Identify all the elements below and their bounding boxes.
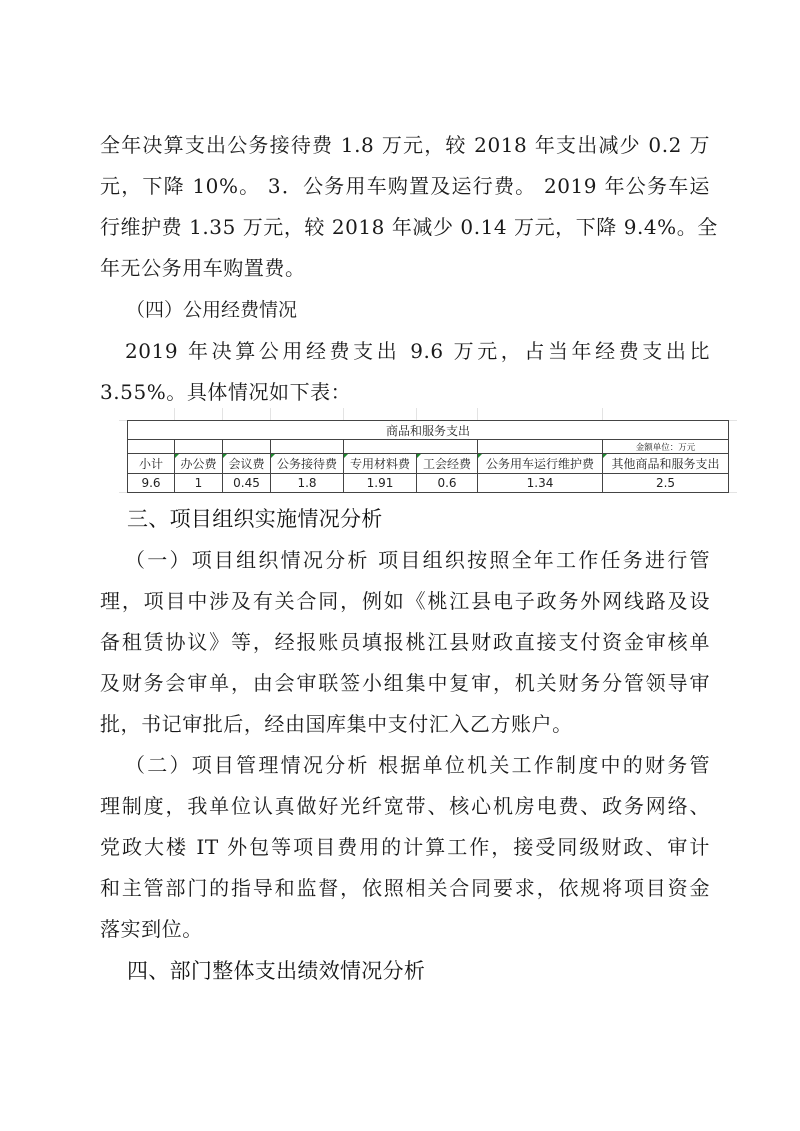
paragraph-line: 理制度，我单位认真做好光纤宽带、核心机房电费、政务网络、 [100, 794, 710, 818]
paragraph-line: 党政大楼 IT 外包等项目费用的计算工作，接受同级财政、审计 [100, 835, 710, 859]
paragraph-line: 批，书记审批后，经由国库集中支付汇入乙方账户。 [100, 712, 710, 736]
paragraph-line: 元，下降 10%。 3．公务用车购置及运行费。 2019 年公务车运 [100, 174, 710, 198]
table-cell-value: 1.8 [271, 474, 343, 492]
paragraph-line: 全年决算支出公务接待费 1.8 万元，较 2018 年支出减少 0.2 万 [100, 133, 710, 157]
paragraph-line: 行维护费 1.35 万元，较 2018 年减少 0.14 万元，下降 9.4%。… [100, 215, 710, 239]
table-header-subtotal: 小计 [128, 454, 174, 473]
table-unit-note: 金额单位：万元 [603, 440, 728, 453]
subsection-heading-public-funds: （四）公用经费情况 [126, 298, 297, 322]
paragraph-line: 3.55%。具体情况如下表： [100, 380, 710, 404]
paragraph-line: （二）项目管理情况分析 根据单位机关工作制度中的财务管 [125, 753, 710, 777]
paragraph-line: 备租赁协议》等，经报账员填报桃江县财政直接支付资金审核单 [100, 630, 710, 654]
table-cell-value: 1.34 [478, 474, 602, 492]
document-page: 全年决算支出公务接待费 1.8 万元，较 2018 年支出减少 0.2 万 元，… [0, 0, 800, 1131]
paragraph-line: 及财务会审单，由会审联签小组集中复审，机关财务分管领导审 [100, 671, 710, 695]
section-heading-overall-performance: 四、部门整体支出绩效情况分析 [127, 958, 425, 984]
paragraph-line: 年无公务用车购置费。 [100, 256, 710, 280]
section-heading-project-implementation: 三、项目组织实施情况分析 [127, 506, 383, 532]
table-header-office: 办公费 [175, 454, 222, 473]
table-cell-value: 2.5 [603, 474, 728, 492]
table-header-union: 工会经费 [417, 454, 477, 473]
table-cell-value: 0.6 [417, 474, 477, 492]
paragraph-line: 落实到位。 [100, 917, 710, 941]
paragraph-line: 理，项目中涉及有关合同，例如《桃江县电子政务外网线路及设 [100, 589, 710, 613]
paragraph-line: （一）项目组织情况分析 项目组织按照全年工作任务进行管 [125, 548, 710, 572]
table-cell-value: 0.45 [223, 474, 270, 492]
expenditure-table: 商品和服务支出 金额单位：万元 小计 办公费 会议费 公务接待费 专用材料费 工… [127, 420, 729, 492]
paragraph-line: 2019 年决算公用经费支出 9.6 万元，占当年经费支出比 [125, 339, 710, 363]
table-header-reception: 公务接待费 [271, 454, 343, 473]
paragraph-line: 和主管部门的指导和监督，依照相关合同要求，依规将项目资金 [100, 876, 710, 900]
table-cell-value: 1 [175, 474, 222, 492]
table-cell-value: 9.6 [128, 474, 174, 492]
table-header-meeting: 会议费 [223, 454, 270, 473]
table-header-other: 其他商品和服务支出 [603, 454, 728, 473]
table-header-vehicle: 公务用车运行维护费 [478, 454, 602, 473]
table-cell-value: 1.91 [344, 474, 416, 492]
table-title: 商品和服务支出 [127, 421, 729, 439]
table-header-materials: 专用材料费 [344, 454, 416, 473]
